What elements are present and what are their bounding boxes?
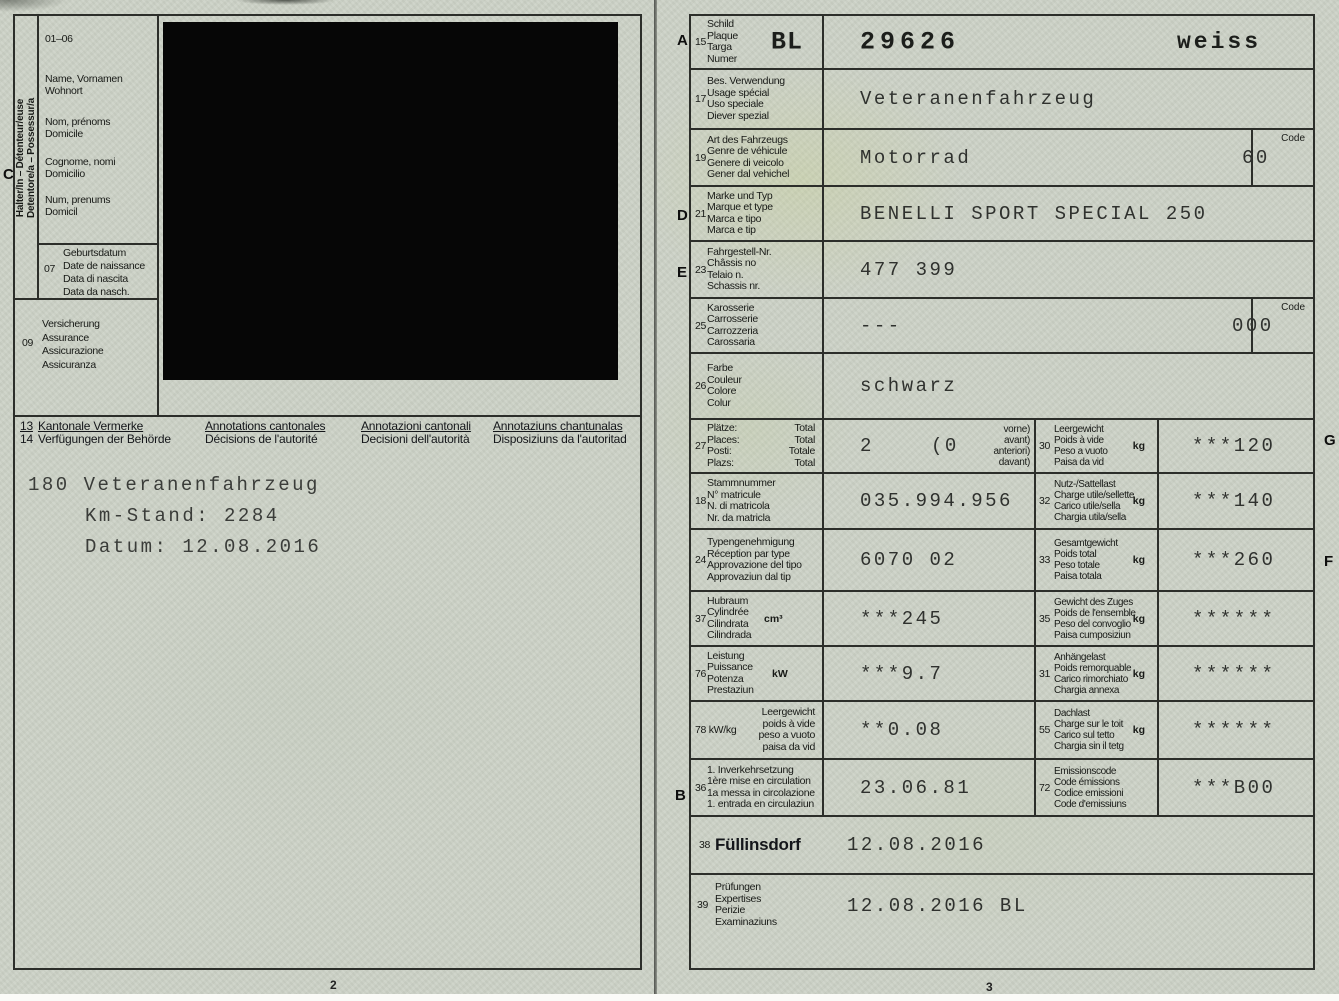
roof-load-label-cell: 55 Dachlast Charge sur le toit Carico su… bbox=[1034, 702, 1159, 758]
field-number: 37 bbox=[695, 613, 706, 625]
label-line: Colur bbox=[707, 398, 742, 410]
label-line: Date de naissance bbox=[63, 260, 145, 273]
left-page: Halter/In – Détenteur/euse Detentore/a –… bbox=[13, 14, 642, 970]
trailer-load-value: ****** bbox=[1192, 663, 1275, 685]
unit-kg: kg bbox=[1133, 440, 1145, 452]
label-line: Peso del convoglio bbox=[1054, 619, 1136, 630]
margin-letter-d: D bbox=[677, 207, 688, 224]
label-line: Cilindrata bbox=[707, 619, 751, 631]
trailer-load-label: Anhängelast Poids remorquable Carico rim… bbox=[1054, 652, 1131, 696]
row-inspections: 39 Prüfungen Expertises Perizie Examinaz… bbox=[691, 873, 1313, 968]
label-line: Farbe bbox=[707, 363, 742, 375]
row-chassis: 23 Fahrgestell-Nr. Châssis no Telaio n. … bbox=[691, 240, 1313, 297]
margin-letter-f: F bbox=[1324, 553, 1333, 570]
label-line: Schassis nr. bbox=[707, 281, 771, 293]
emission-code-label-cell: 72 Emissionscode Code émissions Codice e… bbox=[1034, 760, 1159, 815]
field-number: 26 bbox=[695, 380, 706, 392]
row-first-registration-emission: 36 1. Inverkehrsetzung 1ère mise en circ… bbox=[691, 758, 1313, 815]
train-weight-label: Gewicht des Zuges Poids de l'ensemble Pe… bbox=[1054, 597, 1136, 641]
label-line: Examinaziuns bbox=[715, 917, 777, 929]
first-registration-value: 23.06.81 bbox=[860, 777, 971, 799]
field-range-label: 01–06 bbox=[45, 34, 73, 46]
label-line: Code d'emissiuns bbox=[1054, 799, 1126, 810]
label-line: Wohnort bbox=[45, 86, 123, 98]
vehicle-kind-code-value: 60 bbox=[1242, 147, 1270, 169]
field-number: 25 bbox=[695, 320, 706, 332]
field-number: 18 bbox=[695, 495, 706, 507]
seats-label: Plätze:Total Places:Total Posti:Totale P… bbox=[707, 423, 815, 469]
label-line: Diever spezial bbox=[707, 111, 785, 123]
label-line: Marca e tipo bbox=[707, 214, 773, 226]
vehicle-kind-label: Art des Fahrzeugs Genre de véhicule Gene… bbox=[707, 135, 789, 181]
insurance-label: Versicherung Assurance Assicurazione Ass… bbox=[42, 318, 103, 372]
label-line: Chargia utila/sella bbox=[1054, 512, 1134, 523]
row-seats-empty-weight: 27 Plätze:Total Places:Total Posti:Total… bbox=[691, 418, 1313, 472]
power-value: ***9.7 bbox=[860, 663, 943, 685]
holder-label-it: Cognome, nomi Domicilio bbox=[45, 157, 115, 180]
power-weight-label-cell: 78 kW/kg Leergewicht poids à vide peso a… bbox=[691, 702, 824, 758]
total-weight-value: ***260 bbox=[1192, 549, 1275, 571]
label-line: Fahrgestell-Nr. bbox=[707, 247, 771, 259]
color-label-cell: 26 Farbe Couleur Colore Colur bbox=[691, 354, 824, 418]
row-displacement-train-weight: 37 Hubraum Cylindrée Cilindrata Cilindra… bbox=[691, 590, 1313, 645]
type-approval-value: 6070 02 bbox=[860, 549, 957, 571]
serial-value: 035.994.956 bbox=[860, 490, 1013, 512]
plate-canton-value: BL bbox=[771, 28, 803, 57]
label-line: Perizie bbox=[715, 905, 777, 917]
row-special-use: 17 Bes. Verwendung Usage spécial Uso spe… bbox=[691, 68, 1313, 128]
field-number: 23 bbox=[695, 264, 706, 276]
field-number: 76 bbox=[695, 668, 706, 680]
row-issue: 38 Füllinsdorf 12.08.2016 bbox=[691, 815, 1313, 873]
label-line: 1. Inverkehrsetzung bbox=[707, 765, 815, 777]
plate-label: Schild Plaque Targa Numer bbox=[707, 19, 738, 65]
field-number: 35 bbox=[1039, 613, 1050, 625]
make-type-label: Marke und Typ Marque et type Marca e tip… bbox=[707, 191, 773, 237]
label-line: Poids de l'ensemble bbox=[1054, 608, 1136, 619]
birthdate-label: Geburtsdatum Date de naissance Data di n… bbox=[63, 247, 145, 299]
body-code-value: 000 bbox=[1232, 315, 1274, 337]
cantonal-header-de-bottom: Verfügungen der Behörde bbox=[38, 433, 171, 446]
label-line: Totale bbox=[789, 446, 815, 458]
row-power-weight-roof-load: 78 kW/kg Leergewicht poids à vide peso a… bbox=[691, 700, 1313, 758]
seats-front-label: vorne) avant) anteriori) davant) bbox=[946, 424, 1030, 468]
label-line: Carossaria bbox=[707, 337, 758, 349]
label-line: Peso a vuoto bbox=[1054, 446, 1108, 457]
unit-kg: kg bbox=[1133, 613, 1145, 625]
label-line: Typengenehmigung bbox=[707, 537, 802, 549]
label-line: Bes. Verwendung bbox=[707, 76, 785, 88]
label-line: Assicuranza bbox=[42, 359, 103, 373]
payload-label-cell: 32 Nutz-/Sattellast Charge utile/sellett… bbox=[1034, 474, 1159, 528]
field-number: 39 bbox=[697, 899, 708, 911]
unit-kg: kg bbox=[1133, 668, 1145, 680]
row-serial-payload: 18 Stammnummer N° matricule N. di matric… bbox=[691, 472, 1313, 528]
label-line: Domicilio bbox=[45, 169, 115, 181]
label-line: Marke und Typ bbox=[707, 191, 773, 203]
label-line: 1. entrada en circulaziun bbox=[707, 799, 815, 811]
code-label: Code bbox=[1281, 302, 1305, 313]
label-line: Anhängelast bbox=[1054, 652, 1131, 663]
holder-strip-text: Halter/In – Détenteur/euse Detentore/a –… bbox=[15, 98, 37, 218]
label-line: Nutz-/Sattellast bbox=[1054, 479, 1134, 490]
empty-weight-label: Leergewicht Poids à vide Peso a vuoto Pa… bbox=[1054, 424, 1108, 468]
power-label: Leistung Puissance Potenza Prestaziun bbox=[707, 651, 754, 697]
label-line: Chargia sin il tetg bbox=[1054, 741, 1124, 752]
label-line: Code émissions bbox=[1054, 777, 1126, 788]
label-line: Geburtsdatum bbox=[63, 247, 145, 260]
field-number: 19 bbox=[695, 152, 706, 164]
label-line: Paisa totala bbox=[1054, 571, 1118, 582]
first-registration-label-cell: 36 1. Inverkehrsetzung 1ère mise en circ… bbox=[691, 760, 824, 815]
field-number: 36 bbox=[695, 782, 706, 794]
train-weight-label-cell: 35 Gewicht des Zuges Poids de l'ensemble… bbox=[1034, 592, 1159, 645]
seats-label-cell: 27 Plätze:Total Places:Total Posti:Total… bbox=[691, 420, 824, 472]
label-line: Schild bbox=[707, 19, 738, 31]
unit-cm3: cm³ bbox=[764, 613, 783, 625]
issue-place: Füllinsdorf bbox=[715, 835, 801, 855]
body-label: Karosserie Carrosserie Carrozzeria Caros… bbox=[707, 303, 758, 349]
label-line: Total bbox=[794, 458, 815, 470]
label-line: Gener dal vehichel bbox=[707, 169, 789, 181]
color-value: schwarz bbox=[860, 375, 957, 397]
label-line: peso a vuoto bbox=[758, 730, 815, 742]
field-number: 27 bbox=[695, 440, 706, 452]
margin-letter-b: B bbox=[675, 787, 686, 804]
annotation-line: Km-Stand: 2284 bbox=[85, 505, 280, 527]
label-line: Stammnummer bbox=[707, 478, 775, 490]
label-line: Numer bbox=[707, 54, 738, 66]
label-line: N. di matricola bbox=[707, 501, 775, 513]
field-number: 15 bbox=[695, 36, 706, 48]
payload-label: Nutz-/Sattellast Charge utile/sellette C… bbox=[1054, 479, 1134, 523]
label-line: Nom, prénoms bbox=[45, 117, 110, 129]
total-weight-label-cell: 33 Gesamtgewicht Poids total Peso totale… bbox=[1034, 530, 1159, 590]
label-line: Genere di veicolo bbox=[707, 158, 789, 170]
cantonal-header-rm-bottom: Disposiziuns da l'autoritad bbox=[493, 433, 627, 446]
make-type-value: BENELLI SPORT SPECIAL 250 bbox=[860, 203, 1208, 225]
label-line: Charge sur le toit bbox=[1054, 719, 1124, 730]
label-line: Poids à vide bbox=[1054, 435, 1108, 446]
chassis-label-cell: 23 Fahrgestell-Nr. Châssis no Telaio n. … bbox=[691, 242, 824, 297]
label-line: 1a messa in circolazione bbox=[707, 788, 815, 800]
field-number: 30 bbox=[1039, 440, 1050, 452]
field-number: 21 bbox=[695, 208, 706, 220]
displacement-value: ***245 bbox=[860, 608, 943, 630]
label-line: Gewicht des Zuges bbox=[1054, 597, 1136, 608]
plate-number-value: 29626 bbox=[860, 28, 960, 57]
label-line: Paisa cumposiziun bbox=[1054, 630, 1136, 641]
label-line: Prestaziun bbox=[707, 685, 754, 697]
label-line: Marca e tip bbox=[707, 225, 773, 237]
row-plate: 15 Schild Plaque Targa Numer BL 29626 we… bbox=[691, 16, 1313, 68]
label-line: Telaio n. bbox=[707, 270, 771, 282]
emission-code-value: ***B00 bbox=[1192, 777, 1275, 799]
label-line: vorne) bbox=[946, 424, 1030, 435]
field-number: 09 bbox=[22, 338, 33, 350]
annotation-line: 180 Veteranenfahrzeug bbox=[28, 474, 320, 496]
field-number: 33 bbox=[1039, 554, 1050, 566]
field-number: 31 bbox=[1039, 668, 1050, 680]
label-line: Assicurazione bbox=[42, 345, 103, 359]
label-line: Karosserie bbox=[707, 303, 758, 315]
type-approval-label: Typengenehmigung Réception par type Appr… bbox=[707, 537, 802, 583]
vehicle-kind-value: Motorrad bbox=[860, 147, 971, 169]
label-line: Approvazione del tipo bbox=[707, 560, 802, 572]
label-line: paisa da vid bbox=[758, 742, 815, 754]
power-weight-value: **0.08 bbox=[860, 719, 943, 741]
make-type-label-cell: 21 Marke und Typ Marque et type Marca e … bbox=[691, 187, 824, 240]
label-line: Carico rimorchiato bbox=[1054, 674, 1131, 685]
birthdate-row-divider bbox=[39, 243, 157, 245]
chassis-value: 477 399 bbox=[860, 259, 957, 281]
inspections-value: 12.08.2016 BL bbox=[847, 895, 1028, 917]
payload-value: ***140 bbox=[1192, 490, 1275, 512]
scan-edge bbox=[0, 994, 1339, 1001]
field-number: 32 bbox=[1039, 495, 1050, 507]
code-label: Code bbox=[1281, 133, 1305, 144]
label-line: Emissionscode bbox=[1054, 766, 1126, 777]
label-line: Prüfungen bbox=[715, 882, 777, 894]
special-use-label-cell: 17 Bes. Verwendung Usage spécial Uso spe… bbox=[691, 70, 824, 128]
field-number: 07 bbox=[44, 264, 55, 276]
train-weight-value: ****** bbox=[1192, 608, 1275, 630]
label-line: avant) bbox=[946, 435, 1030, 446]
holder-label-fr: Nom, prénoms Domicile bbox=[45, 117, 110, 140]
label-line: Cilindrada bbox=[707, 630, 751, 642]
displacement-label-cell: 37 Hubraum Cylindrée Cilindrata Cilindra… bbox=[691, 592, 824, 645]
row-body: 25 Karosserie Carrosserie Carrozzeria Ca… bbox=[691, 297, 1313, 352]
label-line: Codice emissioni bbox=[1054, 788, 1126, 799]
label-line: Art des Fahrzeugs bbox=[707, 135, 789, 147]
label-line: Domicile bbox=[45, 129, 110, 141]
plate-label-cell: 15 Schild Plaque Targa Numer bbox=[691, 16, 824, 68]
power-weight-label: Leergewicht poids à vide peso a vuoto pa… bbox=[758, 707, 815, 753]
margin-letter-e: E bbox=[677, 264, 687, 281]
label-line: Nr. da matricla bbox=[707, 513, 775, 525]
label-line: Charge utile/sellette bbox=[1054, 490, 1134, 501]
label-line: Potenza bbox=[707, 674, 754, 686]
roof-load-value: ****** bbox=[1192, 719, 1275, 741]
label-line: Num, prenums bbox=[45, 195, 110, 207]
scan-smudge bbox=[238, 0, 333, 7]
label-line: Versicherung bbox=[42, 318, 103, 332]
label-line: Data da nasch. bbox=[63, 286, 145, 299]
label-line: Data di nascita bbox=[63, 273, 145, 286]
right-page: A D E B G F 15 Schild Plaque Targa Numer… bbox=[689, 14, 1315, 970]
label-line: Uso speciale bbox=[707, 99, 785, 111]
label-line: Plazs: bbox=[707, 458, 734, 470]
field-number: 78 kW/kg bbox=[695, 724, 736, 736]
field-number: 24 bbox=[695, 554, 706, 566]
empty-weight-label-cell: 30 Leergewicht Poids à vide Peso a vuoto… bbox=[1034, 420, 1159, 472]
label-line: Carico utile/sella bbox=[1054, 501, 1134, 512]
roof-load-label: Dachlast Charge sur le toit Carico sul t… bbox=[1054, 708, 1124, 752]
unit-kg: kg bbox=[1133, 495, 1145, 507]
label-line: Gesamtgewicht bbox=[1054, 538, 1118, 549]
annotation-line: Datum: 12.08.2016 bbox=[85, 536, 321, 558]
total-weight-label: Gesamtgewicht Poids total Peso totale Pa… bbox=[1054, 538, 1118, 582]
label-line: Peso totale bbox=[1054, 560, 1118, 571]
label-line: Carico sul tetto bbox=[1054, 730, 1124, 741]
row-vehicle-kind: 19 Art des Fahrzeugs Genre de véhicule G… bbox=[691, 128, 1313, 185]
field-number: 38 bbox=[699, 839, 710, 851]
holder-rotated-strip: Halter/In – Détenteur/euse Detentore/a –… bbox=[15, 16, 39, 300]
label-line: Name, Vornamen bbox=[45, 74, 123, 86]
label-line: Carrozzeria bbox=[707, 326, 758, 338]
power-label-cell: 76 Leistung Puissance Potenza Prestaziun… bbox=[691, 647, 824, 700]
label-line: Posti: bbox=[707, 446, 731, 458]
label-line: Colore bbox=[707, 386, 742, 398]
row-approval-total-weight: 24 Typengenehmigung Réception par type A… bbox=[691, 528, 1313, 590]
label-line: Assurance bbox=[42, 332, 103, 346]
holder-label-de: Name, Vornamen Wohnort bbox=[45, 74, 123, 97]
vehicle-kind-label-cell: 19 Art des Fahrzeugs Genre de véhicule G… bbox=[691, 130, 824, 185]
field-number: 55 bbox=[1039, 724, 1050, 736]
label-line: Poids remorquable bbox=[1054, 663, 1131, 674]
holder-strip-line: Detentore/a – Possessur/a bbox=[26, 98, 37, 218]
vehicle-registration-scan: C Halter/In – Détenteur/euse Detentore/a… bbox=[0, 0, 1339, 1001]
unit-kw: kW bbox=[772, 668, 788, 680]
redacted-holder-data bbox=[163, 22, 618, 380]
issue-date-value: 12.08.2016 bbox=[847, 834, 986, 856]
type-approval-label-cell: 24 Typengenehmigung Réception par type A… bbox=[691, 530, 824, 590]
serial-label-cell: 18 Stammnummer N° matricule N. di matric… bbox=[691, 474, 824, 528]
field-number: 17 bbox=[695, 93, 706, 105]
label-line: Leergewicht bbox=[758, 707, 815, 719]
row-make-type: 21 Marke und Typ Marque et type Marca e … bbox=[691, 185, 1313, 240]
special-use-value: Veteranenfahrzeug bbox=[860, 88, 1096, 110]
seats-total-value: 2 bbox=[860, 435, 874, 457]
label-line: Total bbox=[794, 423, 815, 435]
label-line: anteriori) bbox=[946, 446, 1030, 457]
special-use-label: Bes. Verwendung Usage spécial Uso specia… bbox=[707, 76, 785, 122]
margin-letter-a: A bbox=[677, 32, 688, 49]
unit-kg: kg bbox=[1133, 554, 1145, 566]
holder-strip-line: Halter/In – Détenteur/euse bbox=[15, 98, 26, 218]
label-line: Hubraum bbox=[707, 596, 751, 608]
body-value: --- bbox=[860, 315, 902, 337]
color-label: Farbe Couleur Colore Colur bbox=[707, 363, 742, 409]
page-number-left: 2 bbox=[330, 978, 337, 992]
cantonal-header-it-bottom: Decisioni dell'autorità bbox=[361, 433, 469, 446]
plate-color-value: weiss bbox=[1177, 29, 1261, 55]
label-line: Plätze: bbox=[707, 423, 737, 435]
label-column-divider bbox=[157, 16, 159, 415]
unit-kg: kg bbox=[1133, 724, 1145, 736]
first-registration-label: 1. Inverkehrsetzung 1ère mise en circula… bbox=[707, 765, 815, 811]
displacement-label: Hubraum Cylindrée Cilindrata Cilindrada bbox=[707, 596, 751, 642]
label-line: Domicil bbox=[45, 207, 110, 219]
margin-letter-g: G bbox=[1324, 432, 1336, 449]
label-line: Dachlast bbox=[1054, 708, 1124, 719]
label-line: Poids total bbox=[1054, 549, 1118, 560]
inspections-label: Prüfungen Expertises Perizie Examinaziun… bbox=[715, 882, 777, 928]
row-color: 26 Farbe Couleur Colore Colur schwarz bbox=[691, 352, 1313, 418]
label-line: Leistung bbox=[707, 651, 754, 663]
holder-label-rm: Num, prenums Domicil bbox=[45, 195, 110, 218]
label-line: Approvaziun dal tip bbox=[707, 572, 802, 584]
label-line: Leergewicht bbox=[1054, 424, 1108, 435]
label-line: Chargia annexa bbox=[1054, 685, 1131, 696]
page-number-right: 3 bbox=[986, 980, 993, 994]
emission-code-label: Emissionscode Code émissions Codice emis… bbox=[1054, 766, 1126, 810]
field-number: 14 bbox=[20, 433, 33, 446]
cantonal-header-fr-bottom: Décisions de l'autorité bbox=[205, 433, 317, 446]
label-line: davant) bbox=[946, 457, 1030, 468]
field-number: 72 bbox=[1039, 782, 1050, 794]
cantonal-section-divider bbox=[15, 415, 640, 417]
page-spine-fold bbox=[654, 0, 657, 1001]
body-label-cell: 25 Karosserie Carrosserie Carrozzeria Ca… bbox=[691, 299, 824, 352]
label-line: Cognome, nomi bbox=[45, 157, 115, 169]
chassis-label: Fahrgestell-Nr. Châssis no Telaio n. Sch… bbox=[707, 247, 771, 293]
row-power-trailer-load: 76 Leistung Puissance Potenza Prestaziun… bbox=[691, 645, 1313, 700]
label-line: Targa bbox=[707, 42, 738, 54]
trailer-load-label-cell: 31 Anhängelast Poids remorquable Carico … bbox=[1034, 647, 1159, 700]
label-line: Paisa da vid bbox=[1054, 457, 1108, 468]
empty-weight-value: ***120 bbox=[1192, 435, 1275, 457]
serial-label: Stammnummer N° matricule N. di matricola… bbox=[707, 478, 775, 524]
